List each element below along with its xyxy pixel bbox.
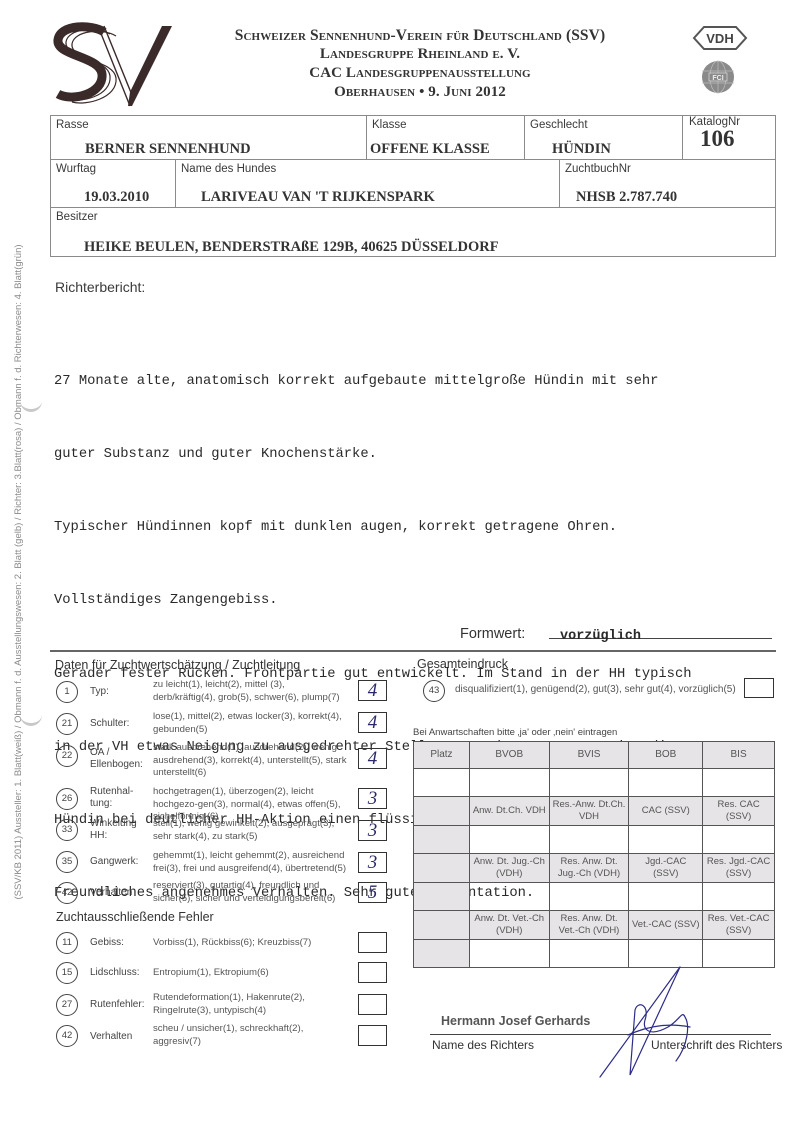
- fault-score-box[interactable]: [358, 962, 387, 983]
- answer-input[interactable]: [703, 940, 775, 968]
- sex-cell: Geschlecht HÜNDIN: [525, 116, 683, 159]
- birthdate-label: Wurftag: [56, 163, 96, 175]
- criterion-name: OA / Ellenbogen:: [90, 747, 150, 771]
- criterion-name: Gangwerk:: [90, 856, 138, 868]
- faults-title: Zuchtausschließende Fehler: [56, 910, 214, 924]
- answer-input[interactable]: [549, 826, 629, 854]
- answer-input[interactable]: [549, 883, 629, 911]
- qualification-label: Res. CAC (SSV): [703, 797, 775, 826]
- answer-input[interactable]: [469, 883, 549, 911]
- criterion-number: 26: [56, 788, 78, 810]
- svg-text:VDH: VDH: [706, 31, 733, 46]
- judge-signature-icon[interactable]: [590, 965, 730, 1080]
- platz-input[interactable]: [414, 769, 470, 797]
- criterion-name: Winkelung HH:: [90, 818, 140, 842]
- region-group: Landesgruppe Rheinland e. V.: [190, 45, 650, 64]
- qualification-label: Res. Anw. Dt. Jug.-Ch (VDH): [549, 854, 629, 883]
- fault-number: 27: [56, 994, 78, 1016]
- entry-row: [414, 940, 775, 968]
- owner-label: Besitzer: [56, 211, 98, 223]
- empty-cell: [414, 854, 470, 883]
- breeding-data-title: Daten für Zuchtwertschätzung / Zuchtleit…: [55, 658, 300, 672]
- show-place-date: Oberhausen • 9. Juni 2012: [190, 83, 650, 102]
- qualification-label: Anw. Dt. Vet.-Ch (VDH): [469, 911, 549, 940]
- sex-label: Geschlecht: [530, 119, 588, 131]
- fault-name: Verhalten: [90, 1031, 132, 1043]
- answer-input[interactable]: [703, 883, 775, 911]
- criterion-number: 22: [56, 745, 78, 767]
- form-distribution-note: (SSV/KB 2011) Aussteller: 1. Blatt(weiß)…: [13, 152, 27, 992]
- report-line: Vollständiges Zangengebiss.: [54, 589, 692, 613]
- report-line: Typischer Hündinnen kopf mit dunklen aug…: [54, 516, 692, 540]
- studbook-label: ZuchtbuchNr: [565, 163, 631, 175]
- answer-input[interactable]: [703, 826, 775, 854]
- empty-cell: [414, 826, 470, 854]
- header-bvis: BVIS: [549, 742, 629, 769]
- breed-cell: Rasse BERNER SENNENHUND: [51, 116, 367, 159]
- criterion-number: 35: [56, 851, 78, 873]
- criterion-score-box[interactable]: 4: [358, 712, 387, 733]
- entry-row: [414, 883, 775, 911]
- qualification-table: Platz BVOB BVIS BOB BIS Anw. Dt.Ch. VDH …: [413, 741, 775, 968]
- qualification-label: CAC (SSV): [629, 797, 703, 826]
- info-row-owner: Besitzer HEIKE BEULEN, BENDERSTRAßE 129B…: [51, 208, 775, 258]
- qualification-label: Res. Jgd.-CAC (SSV): [703, 854, 775, 883]
- dog-name-value[interactable]: LARIVEAU VAN 'T RIJKENSPARK: [201, 189, 435, 206]
- criterion-options: stark ausdrehend(1), ausdrehend(2), weni…: [153, 742, 349, 780]
- birthdate-value[interactable]: 19.03.2010: [84, 189, 149, 206]
- dog-name-label: Name des Hundes: [181, 163, 276, 175]
- bvis-input[interactable]: [549, 769, 629, 797]
- class-label: Klasse: [372, 119, 407, 131]
- criterion-name: Verhalten: [90, 887, 132, 899]
- overall-impression-options: disqualifiziert(1), genügend(2), gut(3),…: [455, 684, 736, 695]
- overall-impression-title: Gesamteindruck: [417, 657, 508, 671]
- fault-number: 11: [56, 932, 78, 954]
- bvob-input[interactable]: [469, 769, 549, 797]
- criterion-number: 21: [56, 713, 78, 735]
- qualification-label: Res. Vet.-CAC (SSV): [703, 911, 775, 940]
- judge-name-label: Name des Richters: [432, 1038, 534, 1052]
- qualification-header-row: Platz BVOB BVIS BOB BIS: [414, 742, 775, 769]
- breed-value[interactable]: BERNER SENNENHUND: [85, 141, 251, 158]
- header-bob: BOB: [629, 742, 703, 769]
- judge-name-value[interactable]: Hermann Josef Gerhards: [441, 1014, 590, 1028]
- qualification-label: Jgd.-CAC (SSV): [629, 854, 703, 883]
- fault-score-box[interactable]: [358, 932, 387, 953]
- qualification-label: Res.-Anw. Dt.Ch. VDH: [549, 797, 629, 826]
- svg-text:FCI: FCI: [712, 75, 723, 82]
- fci-globe-icon: FCI: [701, 60, 735, 94]
- catalog-cell: KatalogNr 106: [683, 116, 777, 159]
- judge-report-label: Richterbericht:: [55, 279, 145, 295]
- qualification-label: Anw. Dt.Ch. VDH: [469, 797, 549, 826]
- sex-value[interactable]: HÜNDIN: [552, 141, 611, 158]
- studbook-cell: ZuchtbuchNr NHSB 2.787.740: [560, 160, 777, 207]
- criterion-options: steil(1), wenig gewinkelt(2), ausgeprägt…: [153, 818, 349, 843]
- qualification-label-row: Anw. Dt. Vet.-Ch (VDH) Res. Anw. Dt. Vet…: [414, 911, 775, 940]
- qualification-note: Bei Anwartschaften bitte ‚ja' oder ‚nein…: [413, 727, 617, 738]
- studbook-value[interactable]: NHSB 2.787.740: [576, 189, 677, 206]
- info-row-dog: Wurftag 19.03.2010 Name des Hundes LARIV…: [51, 160, 775, 208]
- qualification-label: Anw. Dt. Jug.-Ch (VDH): [469, 854, 549, 883]
- header-bvob: BVOB: [469, 742, 549, 769]
- empty-cell: [414, 911, 470, 940]
- qualification-label-row: Anw. Dt.Ch. VDH Res.-Anw. Dt.Ch. VDH CAC…: [414, 797, 775, 826]
- entry-row: [414, 769, 775, 797]
- info-row-breed: Rasse BERNER SENNENHUND Klasse OFFENE KL…: [51, 116, 775, 160]
- report-line: 27 Monate alte, anatomisch korrekt aufge…: [54, 370, 692, 394]
- dog-info-table: Rasse BERNER SENNENHUND Klasse OFFENE KL…: [50, 115, 776, 257]
- header-platz: Platz: [414, 742, 470, 769]
- club-name: Schweizer Sennenhund-Verein für Deutschl…: [190, 26, 650, 45]
- criterion-score-box[interactable]: 5: [358, 882, 387, 903]
- dog-name-cell: Name des Hundes LARIVEAU VAN 'T RIJKENSP…: [176, 160, 560, 207]
- qualification-label: Vet.-CAC (SSV): [629, 911, 703, 940]
- formwert-label: Formwert:: [460, 626, 525, 642]
- answer-input[interactable]: [629, 826, 703, 854]
- answer-input[interactable]: [549, 940, 629, 968]
- show-title: CAC Landesgruppenausstellung: [190, 64, 650, 83]
- fault-name: Rutenfehler:: [90, 999, 144, 1011]
- fault-name: Lidschluss:: [90, 967, 139, 979]
- criterion-options: gehemmt(1), leicht gehemmt(2), ausreiche…: [153, 850, 349, 875]
- vdh-logo-icon: VDH: [692, 25, 748, 51]
- header-bis: BIS: [703, 742, 775, 769]
- section-divider: [50, 650, 776, 652]
- show-header: Schweizer Sennenhund-Verein für Deutschl…: [190, 26, 650, 102]
- criterion-score-box[interactable]: 4: [358, 748, 387, 769]
- bob-input[interactable]: [629, 769, 703, 797]
- bis-input[interactable]: [703, 769, 775, 797]
- criterion-score-box[interactable]: 3: [358, 820, 387, 841]
- criterion-score-box[interactable]: 3: [358, 788, 387, 809]
- fault-options: Entropium(1), Ektropium(6): [153, 967, 353, 980]
- formwert-value[interactable]: vorzüglich: [560, 629, 641, 644]
- entry-row: [414, 826, 775, 854]
- catalog-number[interactable]: 106: [700, 126, 735, 152]
- overall-impression-number: 43: [423, 680, 445, 702]
- empty-cell: [414, 797, 470, 826]
- fault-number: 15: [56, 962, 78, 984]
- criterion-options: reserviert(3), gutartig(4), freundlich u…: [153, 880, 349, 905]
- criterion-options: zu leicht(1), leicht(2), mittel (3), der…: [153, 679, 349, 704]
- class-cell: Klasse OFFENE KLASSE: [367, 116, 525, 159]
- answer-input[interactable]: [469, 940, 549, 968]
- criterion-number: 1: [56, 681, 78, 703]
- report-line: guter Substanz und guter Knochenstärke.: [54, 443, 692, 467]
- qualification-label-row: Anw. Dt. Jug.-Ch (VDH) Res. Anw. Dt. Jug…: [414, 854, 775, 883]
- fault-score-box[interactable]: [358, 994, 387, 1015]
- answer-input[interactable]: [629, 883, 703, 911]
- criterion-name: Rutenhal-tung:: [90, 786, 140, 810]
- fault-score-box[interactable]: [358, 1025, 387, 1046]
- empty-cell: [414, 883, 470, 911]
- answer-input[interactable]: [629, 940, 703, 968]
- criterion-number: 33: [56, 819, 78, 841]
- criterion-number: 42: [56, 882, 78, 904]
- class-value[interactable]: OFFENE KLASSE: [370, 141, 490, 158]
- fault-options: scheu / unsicher(1), schreckhaft(2), agg…: [153, 1023, 353, 1048]
- breed-label: Rasse: [56, 119, 89, 131]
- owner-value[interactable]: HEIKE BEULEN, BENDERSTRAßE 129B, 40625 D…: [84, 239, 499, 256]
- criterion-options: lose(1), mittel(2), etwas locker(3), kor…: [153, 711, 349, 736]
- ssv-logo-icon: [52, 22, 177, 110]
- fault-number: 42: [56, 1025, 78, 1047]
- fault-options: Rutendeformation(1), Hakenrute(2), Ringe…: [153, 992, 353, 1017]
- fault-options: Vorbiss(1), Rückbiss(6); Kreuzbiss(7): [153, 937, 353, 950]
- fault-name: Gebiss:: [90, 937, 124, 949]
- criterion-name: Schulter:: [90, 718, 129, 730]
- birthdate-cell: Wurftag 19.03.2010: [51, 160, 176, 207]
- overall-impression-box[interactable]: [744, 678, 774, 698]
- qualification-label: Res. Anw. Dt. Vet.-Ch (VDH): [549, 911, 629, 940]
- criterion-score-box[interactable]: 3: [358, 852, 387, 873]
- answer-input[interactable]: [469, 826, 549, 854]
- empty-cell: [414, 940, 470, 968]
- criterion-score-box[interactable]: 4: [358, 680, 387, 701]
- criterion-name: Typ:: [90, 686, 109, 698]
